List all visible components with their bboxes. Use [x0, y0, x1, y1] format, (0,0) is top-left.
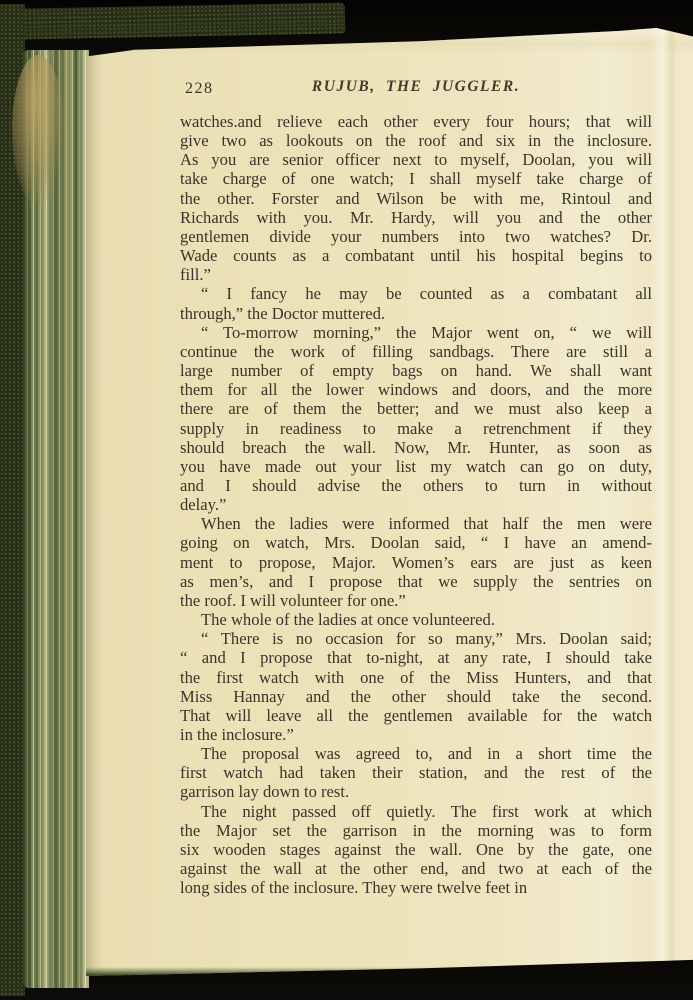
text-line: you have made out your list my watch can… [180, 457, 652, 476]
text-line: The whole of the ladies at once voluntee… [180, 610, 652, 629]
text-line: The proposal was agreed to, and in a sho… [180, 744, 652, 763]
text-line: first watch had taken their station, and… [180, 763, 652, 782]
printed-area: 228 RUJUB, THE JUGGLER. watches.and reli… [180, 78, 652, 897]
paragraph: watches.and relieve each other every fou… [180, 112, 652, 284]
text-line: there are of them the better; and we mus… [180, 399, 652, 418]
text-line: The night passed off quietly. The first … [180, 802, 652, 821]
text-line: six wooden stages against the wall. One … [180, 840, 652, 859]
paragraph: “ There is no occasion for so many,” Mrs… [180, 629, 652, 744]
paragraph: The whole of the ladies at once voluntee… [180, 610, 652, 629]
paragraph: The proposal was agreed to, and in a sho… [180, 744, 652, 801]
text-line: going on watch, Mrs. Doolan said, “ I ha… [180, 533, 652, 552]
text-line: give two as lookouts on the roof and six… [180, 131, 652, 150]
text-line: supply in readiness to make a retrenchme… [180, 419, 652, 438]
text-line: should breach the wall. Now, Mr. Hunter,… [180, 438, 652, 457]
text-line: the Major set the garrison in the mornin… [180, 821, 652, 840]
text-line: take charge of one watch; I shall myself… [180, 169, 652, 188]
paragraph: “ I fancy he may be counted as a combata… [180, 284, 652, 322]
book-page: 228 RUJUB, THE JUGGLER. watches.and reli… [86, 28, 693, 976]
text-line: against the wall at the other end, and t… [180, 859, 652, 878]
text-line: “ There is no occasion for so many,” Mrs… [180, 629, 652, 648]
page-bottom-edge [86, 967, 693, 976]
text-line: delay.” [180, 495, 652, 514]
page-number: 228 [185, 80, 214, 98]
running-title: RUJUB, THE JUGGLER. [180, 78, 652, 96]
text-line: garrison lay down to rest. [180, 782, 652, 801]
text-line: as men’s, and I propose that we supply t… [180, 572, 652, 591]
text-line: ment to propose, Major. Women’s ears are… [180, 553, 652, 572]
text-line: watches.and relieve each other every fou… [180, 112, 652, 131]
text-line: large number of empty bags on hand. We s… [180, 361, 652, 380]
text-line: them for all the lower windows and doors… [180, 380, 652, 399]
page-curl-highlight [649, 28, 677, 976]
text-line: through,” the Doctor muttered. [180, 304, 652, 323]
paragraph: “ To-morrow morning,” the Major went on,… [180, 323, 652, 515]
book-cover-top-edge [0, 2, 346, 40]
text-line: the roof. I will volunteer for one.” [180, 591, 652, 610]
text-line: gentlemen divide your numbers into two w… [180, 227, 652, 246]
text-line: Miss Hannay and the other should take th… [180, 687, 652, 706]
text-line: fill.” [180, 265, 652, 284]
book-photo-scene: 228 RUJUB, THE JUGGLER. watches.and reli… [0, 0, 693, 1000]
page-header: 228 RUJUB, THE JUGGLER. [180, 78, 652, 100]
text-line: “ and I propose that to-night, at any ra… [180, 648, 652, 667]
paragraph: The night passed off quietly. The first … [180, 802, 652, 898]
text-line: When the ladies were informed that half … [180, 514, 652, 533]
paragraph: When the ladies were informed that half … [180, 514, 652, 610]
text-line: the other. Forster and Wilson be with me… [180, 189, 652, 208]
text-line: As you are senior officer next to myself… [180, 150, 652, 169]
text-line: Wade counts as a combatant until his hos… [180, 246, 652, 265]
text-line: Richards with you. Mr. Hardy, will you a… [180, 208, 652, 227]
text-block-body: watches.and relieve each other every fou… [180, 112, 652, 897]
text-line: “ To-morrow morning,” the Major went on,… [180, 323, 652, 342]
text-line: continue the work of filling sandbags. T… [180, 342, 652, 361]
text-line: the first watch with one of the Miss Hun… [180, 668, 652, 687]
cover-wear-spot [12, 55, 64, 205]
text-line: long sides of the inclosure. They were t… [180, 878, 652, 897]
text-line: in the inclosure.” [180, 725, 652, 744]
text-line: “ I fancy he may be counted as a combata… [180, 284, 652, 303]
text-line: and I should advise the others to turn i… [180, 476, 652, 495]
text-line: That will leave all the gentlemen availa… [180, 706, 652, 725]
